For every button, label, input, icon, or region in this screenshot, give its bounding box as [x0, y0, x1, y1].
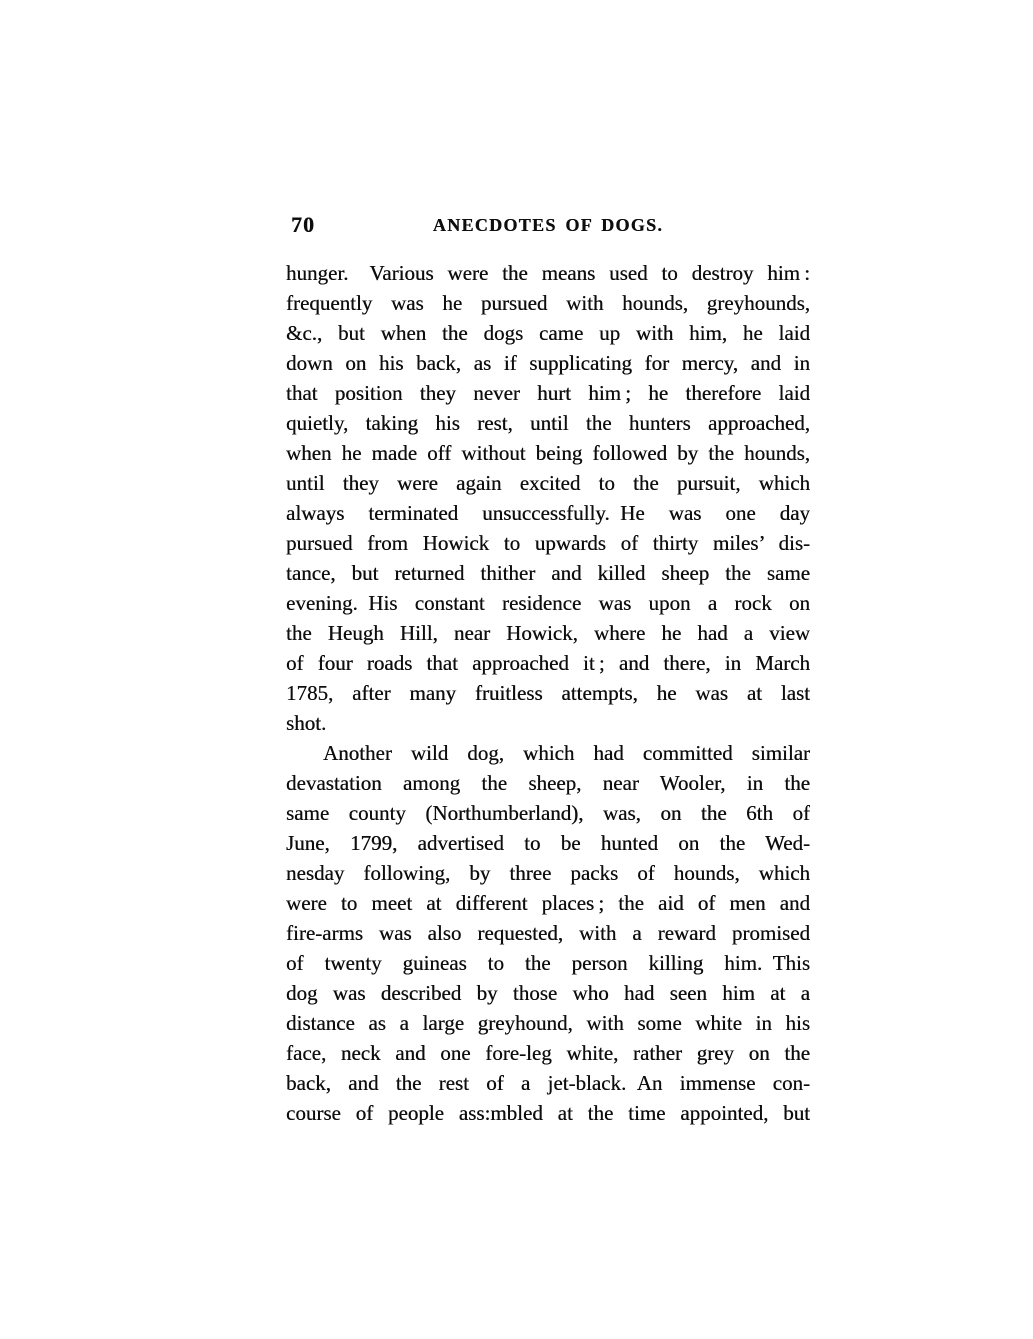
text-line: fire-arms was also requested, with a rew… [286, 918, 810, 948]
text-line: of four roads that approached it ; and t… [286, 648, 810, 678]
text-line: Another wild dog, which had committed si… [286, 738, 810, 768]
text-line: quietly, taking his rest, until the hunt… [286, 408, 810, 438]
text-line: course of people ass:mbled at the time a… [286, 1098, 810, 1128]
text-line: tance, but returned thither and killed s… [286, 558, 810, 588]
text-line: always terminated unsuccessfully. He was… [286, 498, 810, 528]
text-line: back, and the rest of a jet-black. An im… [286, 1068, 810, 1098]
text-line: distance as a large greyhound, with some… [286, 1008, 810, 1038]
text-line: dog was described by those who had seen … [286, 978, 810, 1008]
text-line: pursued from Howick to upwards of thirty… [286, 528, 810, 558]
text-line: hunger. Various were the means used to d… [286, 258, 810, 288]
text-line: face, neck and one fore-leg white, rathe… [286, 1038, 810, 1068]
text-line: same county (Northumberland), was, on th… [286, 798, 810, 828]
text-line: the Heugh Hill, near Howick, where he ha… [286, 618, 810, 648]
text-line: evening. His constant residence was upon… [286, 588, 810, 618]
text-line: until they were again excited to the pur… [286, 468, 810, 498]
text-line: when he made off without being followed … [286, 438, 810, 468]
running-title: ANECDOTES OF DOGS. [286, 215, 810, 236]
page-header: 70 ANECDOTES OF DOGS. [286, 212, 810, 242]
text-line: 1785, after many fruitless attempts, he … [286, 678, 810, 708]
text-line: frequently was he pursued with hounds, g… [286, 288, 810, 318]
text-line: down on his back, as if supplicating for… [286, 348, 810, 378]
text-line: &c., but when the dogs came up with him,… [286, 318, 810, 348]
text-line: of twenty guineas to the person killing … [286, 948, 810, 978]
text-line: June, 1799, advertised to be hunted on t… [286, 828, 810, 858]
text-line: nesday following, by three packs of houn… [286, 858, 810, 888]
text-line: were to meet at different places ; the a… [286, 888, 810, 918]
text-line: that position they never hurt him ; he t… [286, 378, 810, 408]
book-page: 70 ANECDOTES OF DOGS. hunger. Various we… [0, 0, 1033, 1339]
text-line: devastation among the sheep, near Wooler… [286, 768, 810, 798]
text-line: shot. [286, 708, 810, 738]
text-block: hunger. Various were the means used to d… [286, 258, 810, 1128]
